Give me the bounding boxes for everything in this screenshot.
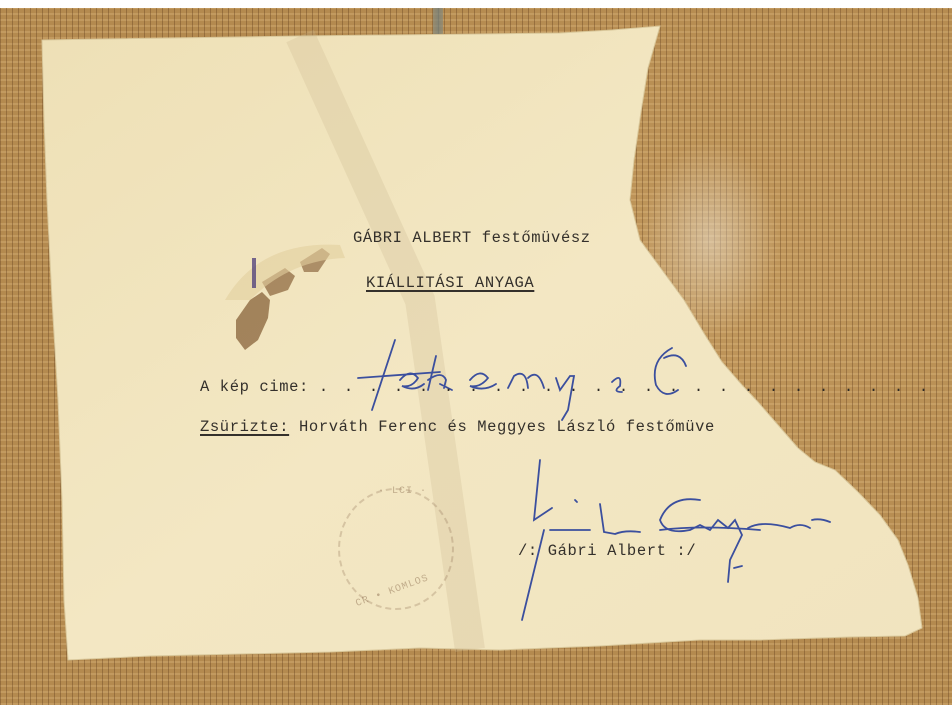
typed-signature: /: Gábri Albert :/ [518,542,696,560]
torn-paper [0,0,952,714]
subtitle: KIÁLLITÁSI ANYAGA [366,274,534,292]
artist-profession: festőmüvész [482,229,591,247]
header-line: GÁBRI ALBERT festőmüvész [353,229,591,247]
paper-sheet [42,26,922,660]
title-label: A kép cime: [200,378,309,396]
jury-label: Zsürizte: [200,418,289,436]
stamp-text-top: · LCI · [378,486,427,497]
title-dots: . . . . . . . . . . . . . . . . . . . . … [319,378,932,396]
title-field: A kép cime: . . . . . . . . . . . . . . … [200,378,931,396]
jury-value: Horváth Ferenc és Meggyes László festőmü… [299,418,715,436]
jury-field: Zsürizte: Horváth Ferenc és Meggyes Lász… [200,418,715,436]
artist-name: GÁBRI ALBERT [353,229,472,247]
